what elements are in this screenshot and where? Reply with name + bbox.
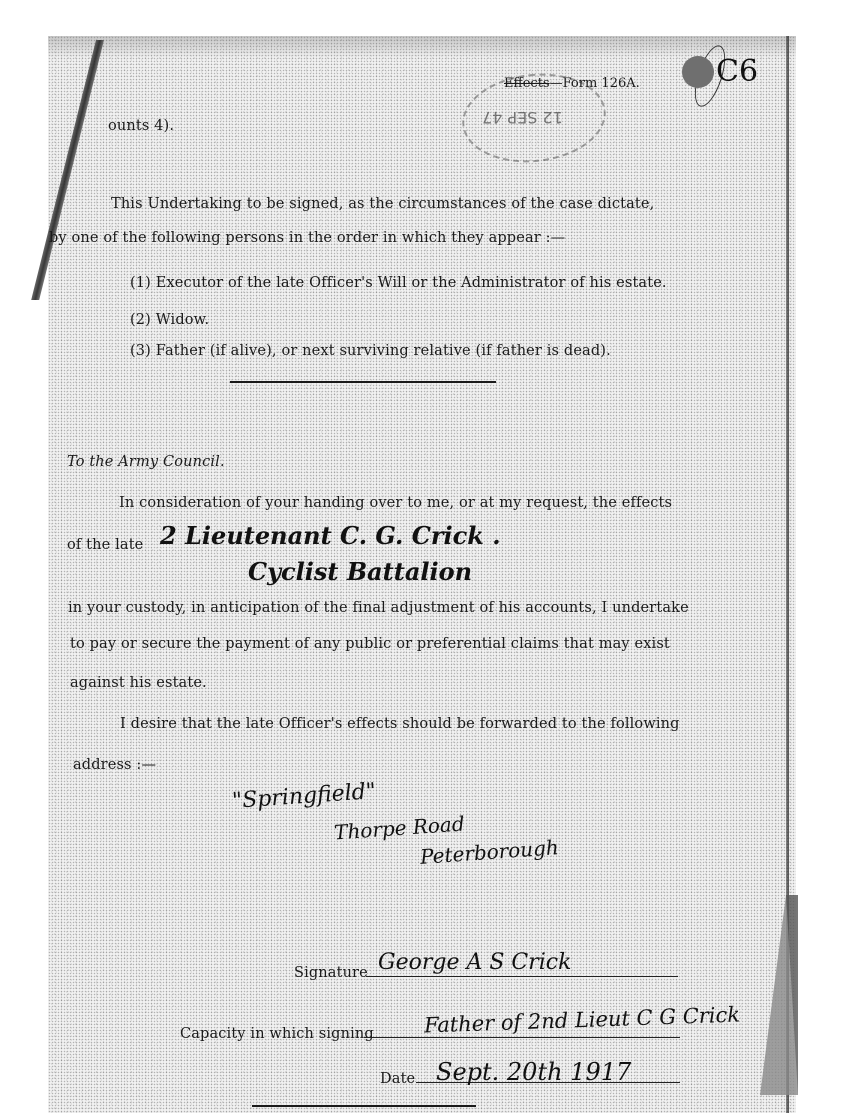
section-divider	[230, 381, 496, 383]
body-para2-line1: I desire that the late Officer's effects…	[120, 716, 680, 732]
body-para1-line2: in your custody, in anticipation of the …	[68, 600, 689, 616]
form-reference-struck-word: Effects	[504, 76, 550, 91]
body-para1-line4: against his estate.	[70, 675, 207, 691]
order-item-3: (3) Father (if alive), or next surviving…	[130, 343, 611, 359]
capacity-label: Capacity in which signing	[180, 1026, 374, 1042]
bottom-divider	[252, 1105, 476, 1107]
capacity-line	[364, 1037, 680, 1038]
body-para1-prefix: of the late	[67, 537, 143, 553]
order-item-2: (2) Widow.	[130, 312, 209, 328]
instruction-line-2: by one of the following persons in the o…	[49, 230, 565, 246]
form-reference: Effects—Form 126A.	[504, 76, 640, 91]
torn-paper-fold	[760, 895, 798, 1095]
form-reference-separator: —	[550, 76, 563, 91]
body-para2-line2: address :—	[73, 757, 156, 773]
form-reference-label: Form 126A.	[563, 76, 640, 91]
top-fragment: ounts 4).	[108, 118, 174, 134]
date-label: Date	[380, 1071, 415, 1087]
date-stamp-text: 12 SEP 47	[482, 108, 563, 127]
date-value: Sept. 20th 1917	[436, 1058, 631, 1086]
signature-value: George A S Crick	[378, 950, 571, 975]
officer-name-handwritten: 2 Lieutenant C. G. Crick .	[160, 521, 501, 550]
corner-label: C6	[716, 54, 758, 89]
order-item-1: (1) Executor of the late Officer's Will …	[130, 275, 667, 291]
body-para1-line3: to pay or secure the payment of any publ…	[70, 636, 670, 652]
addressee: To the Army Council.	[67, 454, 225, 470]
officer-unit-handwritten: Cyclist Battalion	[248, 557, 472, 586]
signature-line	[366, 976, 678, 977]
page-top-shadow	[48, 36, 796, 58]
grey-dot-marker	[682, 56, 714, 88]
signature-label: Signature	[294, 965, 368, 981]
instruction-line-1: This Undertaking to be signed, as the ci…	[111, 196, 654, 212]
body-para1-line1: In consideration of your handing over to…	[119, 495, 672, 511]
